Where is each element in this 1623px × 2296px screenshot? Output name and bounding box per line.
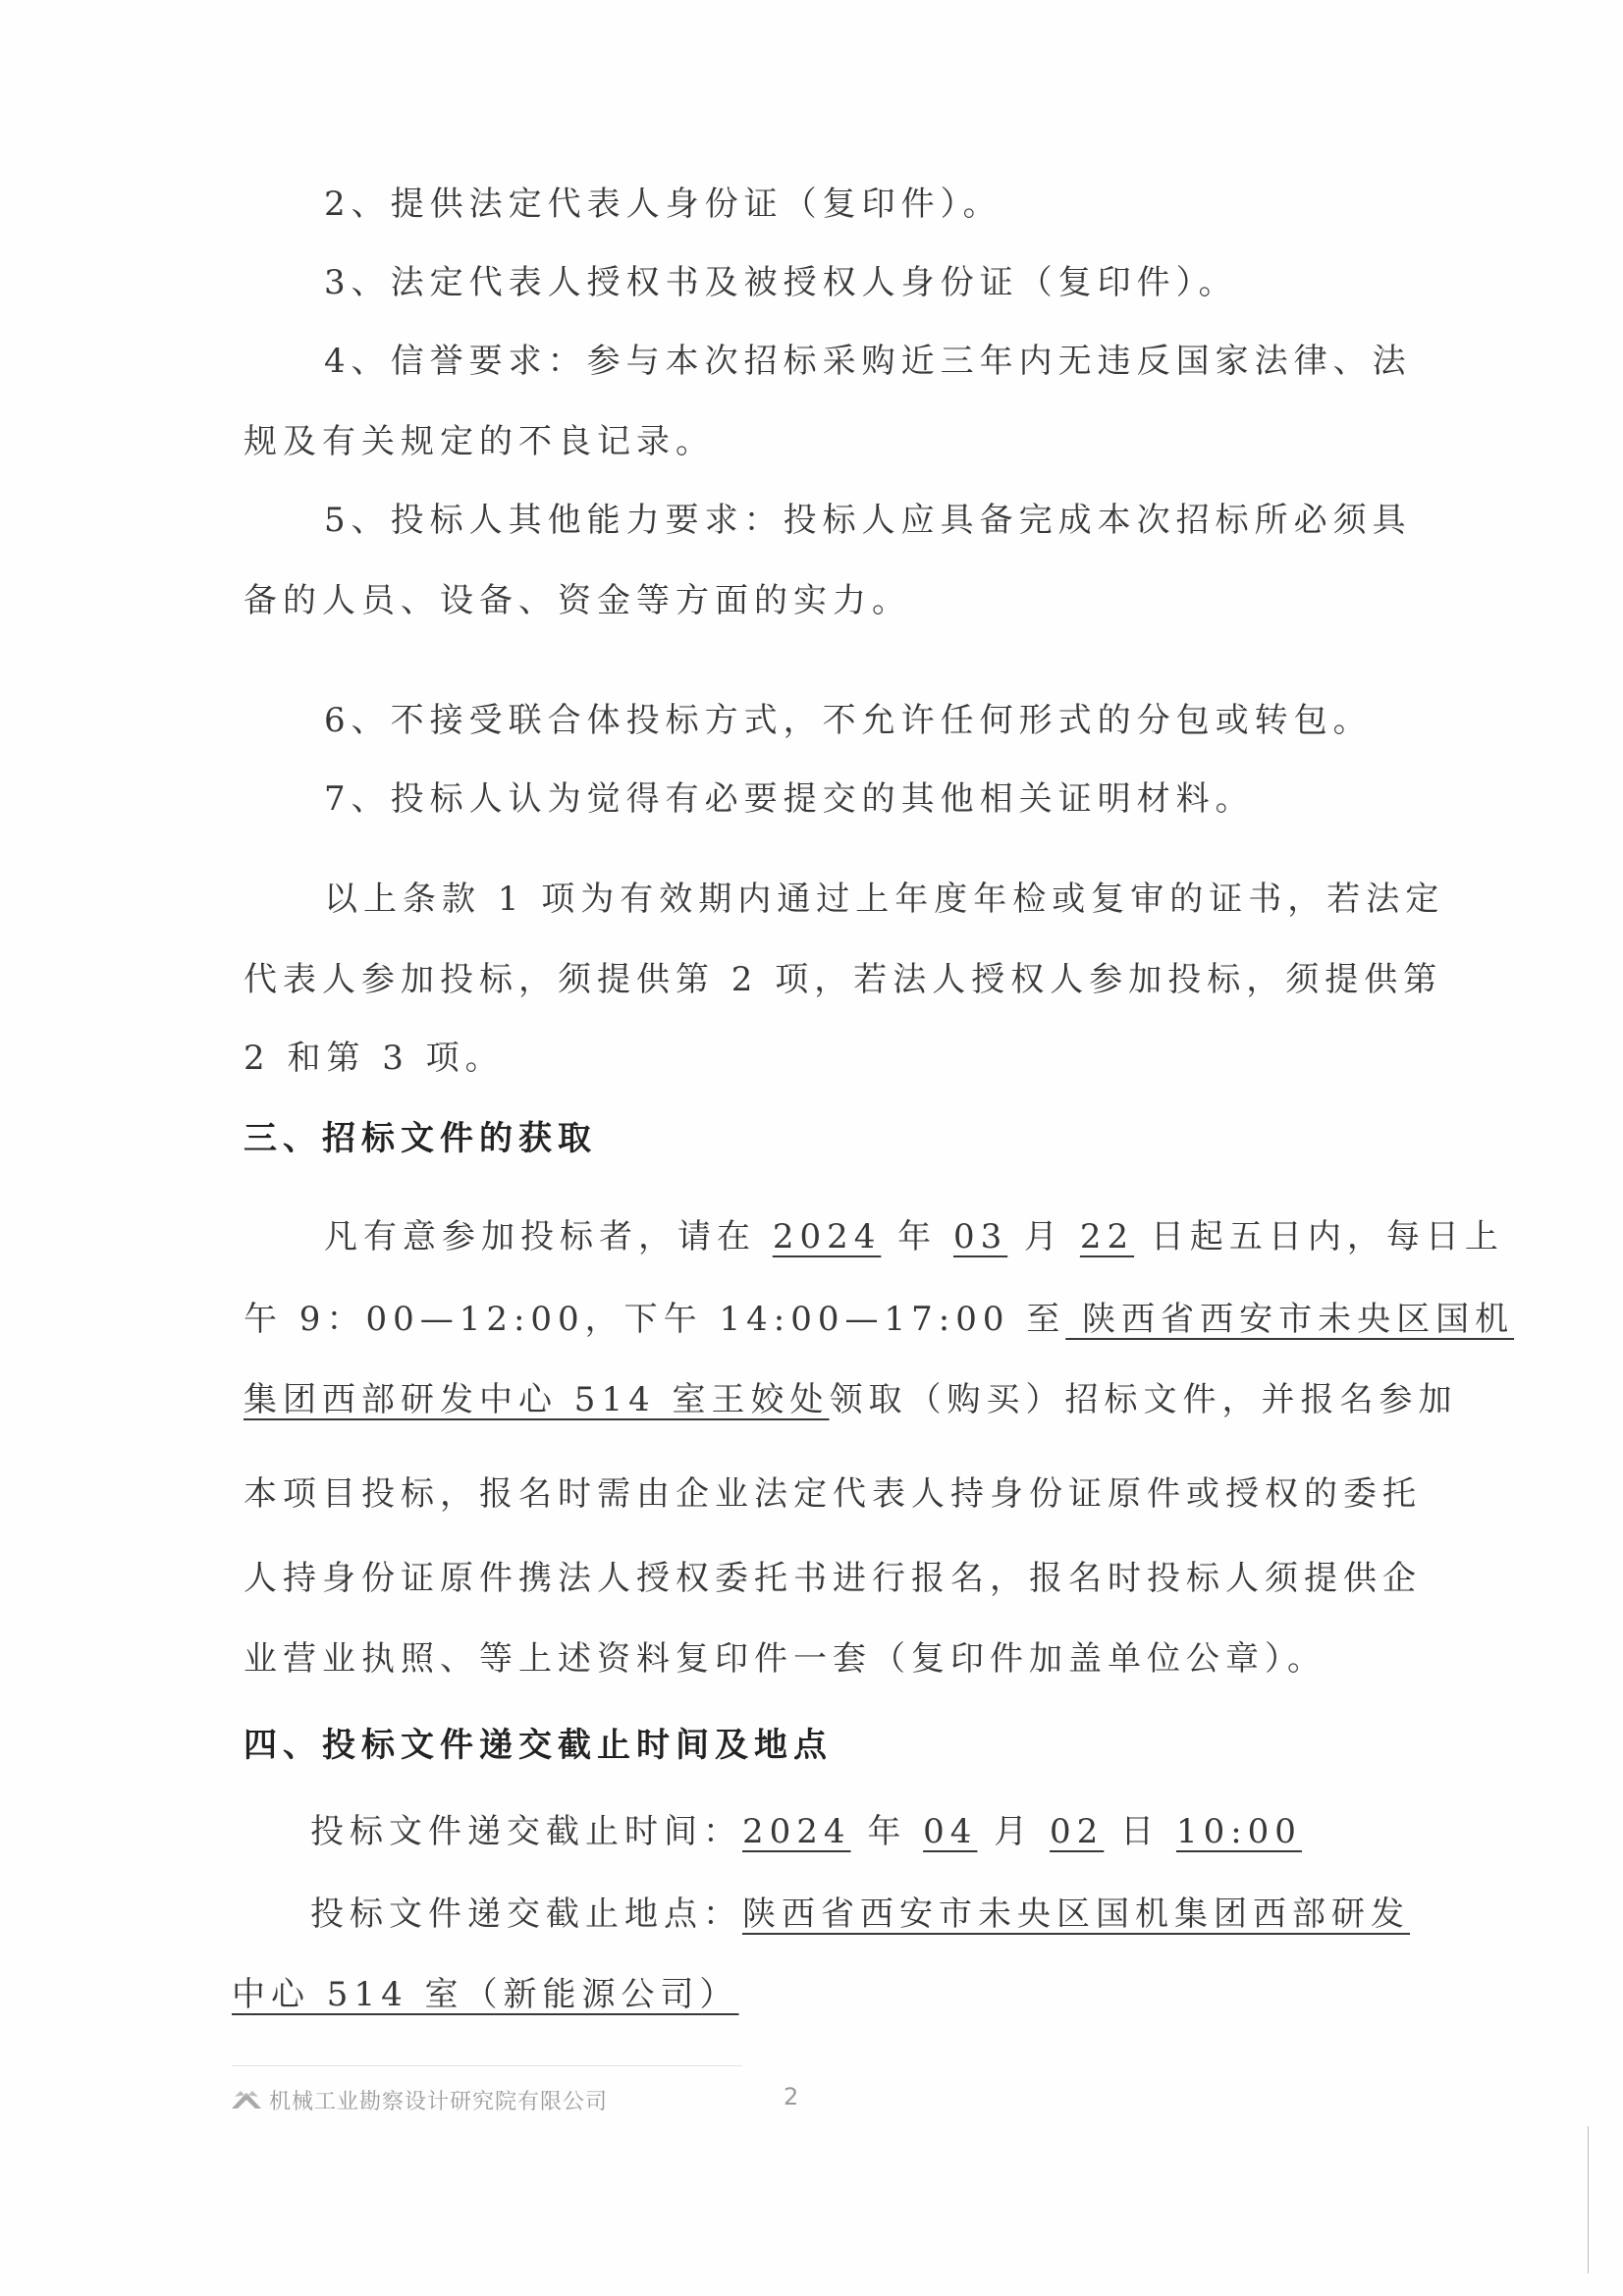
note-line2: 代表人参加投标，须提供第 2 项，若法人授权人参加投标，须提供第 bbox=[243, 958, 1382, 1001]
deadline-location-line2: 中心 514 室（新能源公司） bbox=[232, 1973, 1371, 2016]
deadline-time: 10:00 bbox=[1176, 1812, 1302, 1851]
requirement-item-6: 6、不接受联合体投标方式，不允许任何形式的分包或转包。 bbox=[324, 699, 1463, 742]
mountain-logo-icon bbox=[232, 2089, 261, 2110]
deadline-time-line: 投标文件递交截止时间：2024 年 04 月 02 日 10:00 bbox=[310, 1810, 1449, 1853]
pickup-address-part1: 陕西省西安市未央区国机 bbox=[1065, 1300, 1514, 1339]
requirement-item-7: 7、投标人认为觉得有必要提交的其他相关证明材料。 bbox=[324, 777, 1463, 821]
text: 领取（购买）招标文件，并报名参加 bbox=[830, 1380, 1458, 1419]
section3-para-line6: 业营业执照、等上述资料复印件一套（复印件加盖单位公章）。 bbox=[243, 1637, 1382, 1681]
footer-divider bbox=[232, 2065, 742, 2066]
deadline-day: 02 bbox=[1050, 1812, 1104, 1851]
section3-para-line4: 本项目投标，报名时需由企业法定代表人持身份证原件或授权的委托 bbox=[243, 1472, 1382, 1516]
page-number: 2 bbox=[784, 2083, 798, 2110]
note-line3: 2 和第 3 项。 bbox=[243, 1037, 1382, 1080]
start-month: 03 bbox=[953, 1217, 1007, 1256]
section3-para-line3: 集团西部研发中心 514 室王姣处领取（购买）招标文件，并报名参加 bbox=[243, 1378, 1382, 1421]
deadline-year: 2024 bbox=[742, 1812, 851, 1851]
deadline-label: 投标文件递交截止时间： bbox=[310, 1812, 742, 1851]
text: 午 9：00—12:00，下午 14:00—17:00 至 bbox=[243, 1300, 1065, 1339]
section4-heading: 四、投标文件递交截止时间及地点 bbox=[243, 1724, 1382, 1767]
requirement-item-3: 3、法定代表人授权书及被授权人身份证（复印件）。 bbox=[324, 261, 1463, 304]
footer-company-name: 机械工业勘察设计研究院有限公司 bbox=[269, 2085, 608, 2115]
scan-edge-line bbox=[1588, 2126, 1589, 2273]
text: 凡有意参加投标者，请在 bbox=[324, 1217, 773, 1256]
location-part1: 陕西省西安市未央区国机集团西部研发 bbox=[742, 1895, 1410, 1934]
location-part2: 中心 514 室（新能源公司） bbox=[232, 1975, 739, 2014]
requirement-item-5-line2: 备的人员、设备、资金等方面的实力。 bbox=[243, 579, 1382, 622]
pickup-address-part2: 集团西部研发中心 514 室王姣处 bbox=[243, 1380, 830, 1419]
text: 日 bbox=[1104, 1812, 1176, 1851]
requirement-item-5-line1: 5、投标人其他能力要求：投标人应具备完成本次招标所必须具 bbox=[324, 499, 1463, 542]
note-line1: 以上条款 1 项为有效期内通过上年度年检或复审的证书，若法定 bbox=[324, 878, 1463, 921]
deadline-location-line1: 投标文件递交截止地点：陕西省西安市未央区国机集团西部研发 bbox=[310, 1893, 1449, 1936]
text: 年 bbox=[851, 1812, 924, 1851]
requirement-item-4-line1: 4、信誉要求：参与本次招标采购近三年内无违反国家法律、法 bbox=[324, 340, 1463, 383]
text: 年 bbox=[881, 1217, 953, 1256]
section3-heading: 三、招标文件的获取 bbox=[243, 1117, 1382, 1160]
start-year: 2024 bbox=[773, 1217, 882, 1256]
deadline-month: 04 bbox=[923, 1812, 977, 1851]
footer: 机械工业勘察设计研究院有限公司 bbox=[232, 2083, 608, 2116]
section3-para-line2: 午 9：00—12:00，下午 14:00—17:00 至 陕西省西安市未央区国… bbox=[243, 1298, 1382, 1341]
start-day: 22 bbox=[1080, 1217, 1134, 1256]
requirement-item-2: 2、提供法定代表人身份证（复印件）。 bbox=[324, 183, 1463, 226]
text: 日起五日内，每日上 bbox=[1134, 1217, 1504, 1256]
section3-para-line5: 人持身份证原件携法人授权委托书进行报名，报名时投标人须提供企 bbox=[243, 1557, 1382, 1600]
text: 月 bbox=[977, 1812, 1050, 1851]
section3-para-line1: 凡有意参加投标者，请在 2024 年 03 月 22 日起五日内，每日上 bbox=[324, 1215, 1463, 1258]
requirement-item-4-line2: 规及有关规定的不良记录。 bbox=[243, 420, 1382, 463]
text: 月 bbox=[1007, 1217, 1080, 1256]
document-page: 2、提供法定代表人身份证（复印件）。 3、法定代表人授权书及被授权人身份证（复印… bbox=[0, 0, 1623, 2296]
location-label: 投标文件递交截止地点： bbox=[310, 1895, 742, 1934]
